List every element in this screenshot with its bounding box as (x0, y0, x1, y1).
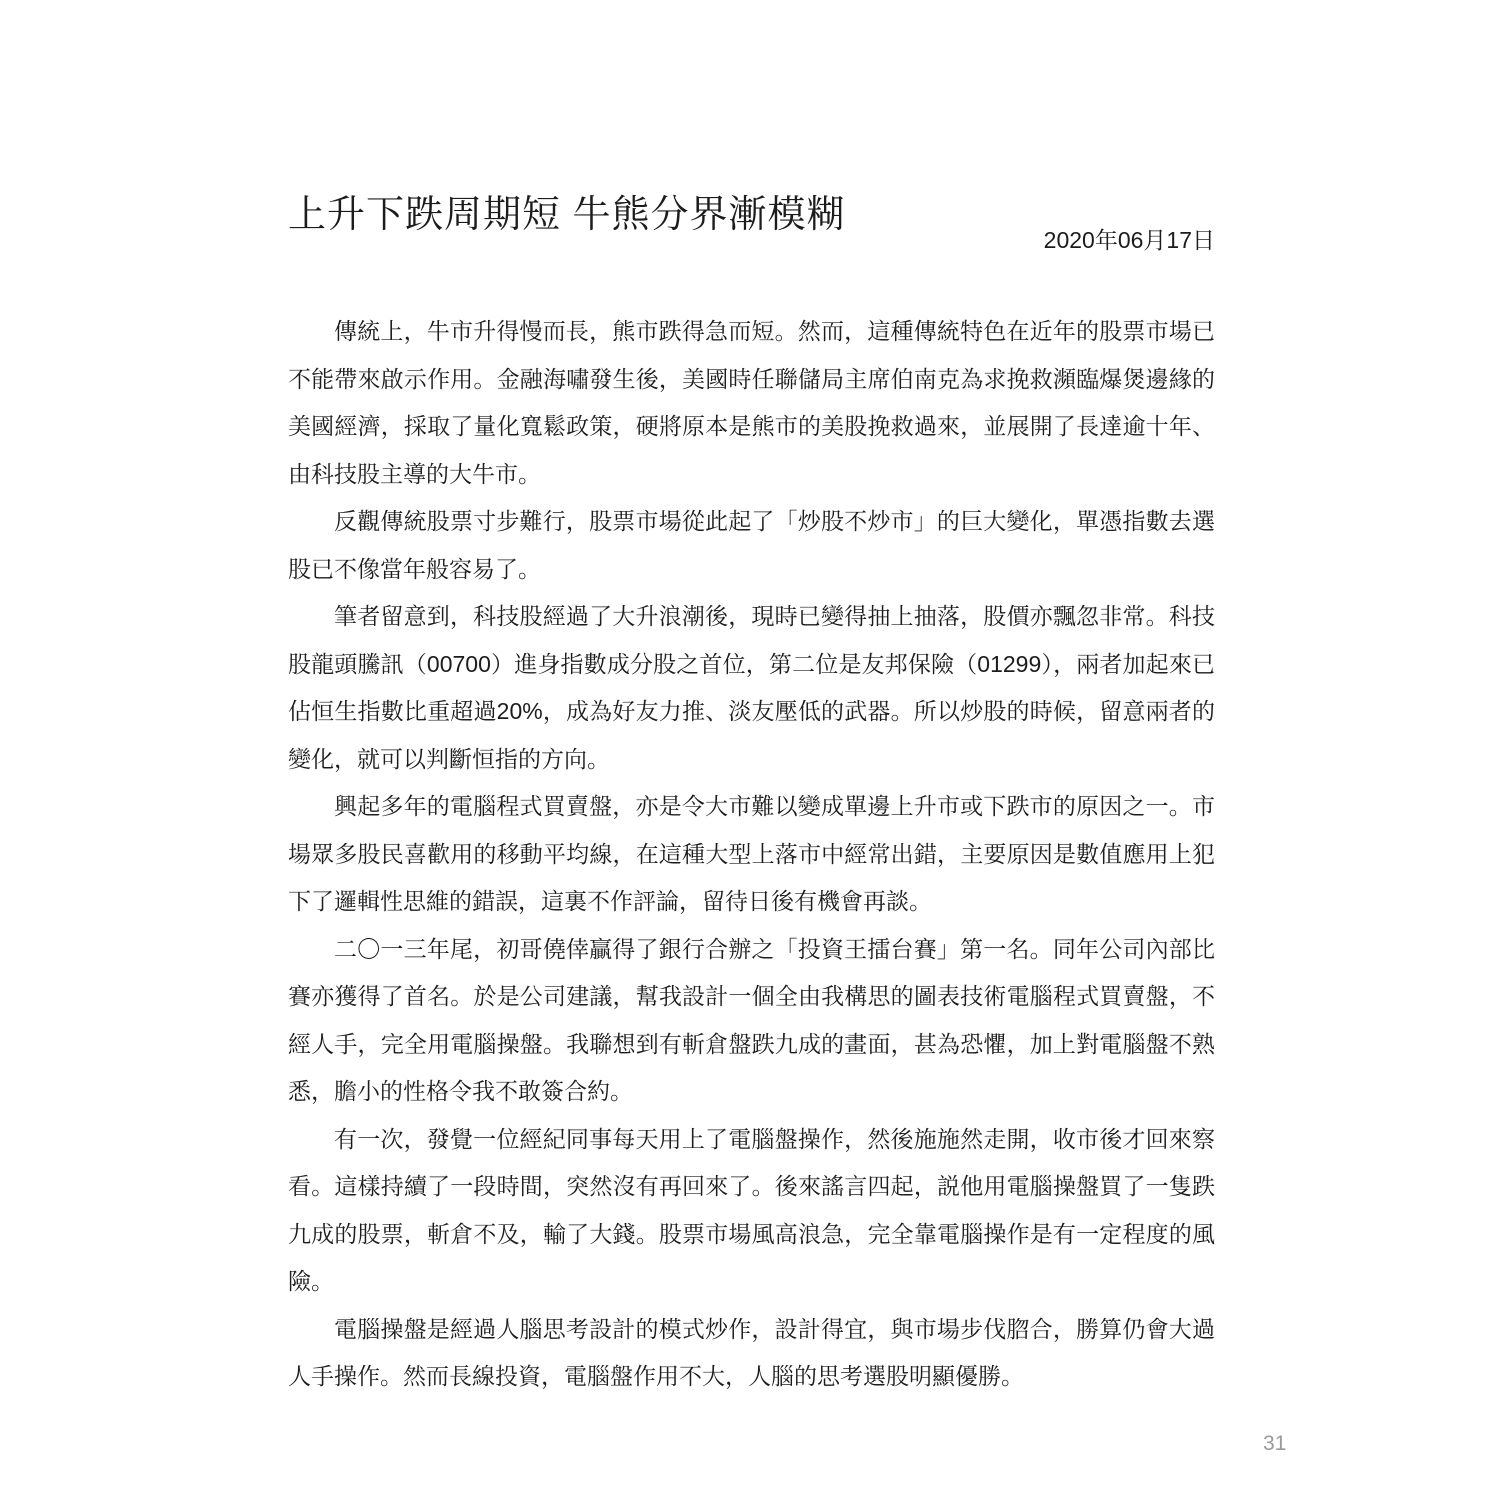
paragraph-4: 興起多年的電腦程式買賣盤，亦是令大市難以變成單邊上升市或下跌市的原因之一。市場眾… (288, 783, 1215, 926)
paragraph-2: 反觀傳統股票寸步難行，股票市場從此起了「炒股不炒市」的巨大變化，單憑指數去選股已… (288, 498, 1215, 593)
paragraph-3: 筆者留意到，科技股經過了大升浪潮後，現時已變得抽上抽落，股價亦飄忽非常。科技股龍… (288, 593, 1215, 783)
document-page: 上升下跌周期短 牛熊分界漸模糊 2020年06月17日 傳統上，牛市升得慢而長，… (0, 0, 1500, 1500)
paragraph-5: 二〇一三年尾，初哥僥倖贏得了銀行合辦之「投資王擂台賽」第一名。同年公司內部比賽亦… (288, 926, 1215, 1116)
paragraph-7: 電腦操盤是經過人腦思考設計的模式炒作，設計得宜，與市場步伐脗合，勝算仍會大過人手… (288, 1306, 1215, 1401)
paragraph-1: 傳統上，牛市升得慢而長，熊市跌得急而短。然而，這種傳統特色在近年的股票市場已不能… (288, 308, 1215, 498)
article-date: 2020年06月17日 (288, 222, 1215, 255)
page-number: 31 (1263, 1432, 1286, 1456)
article-body: 傳統上，牛市升得慢而長，熊市跌得急而短。然而，這種傳統特色在近年的股票市場已不能… (288, 308, 1215, 1401)
paragraph-6: 有一次，發覺一位經紀同事每天用上了電腦盤操作，然後施施然走開，收市後才回來察看。… (288, 1116, 1215, 1306)
